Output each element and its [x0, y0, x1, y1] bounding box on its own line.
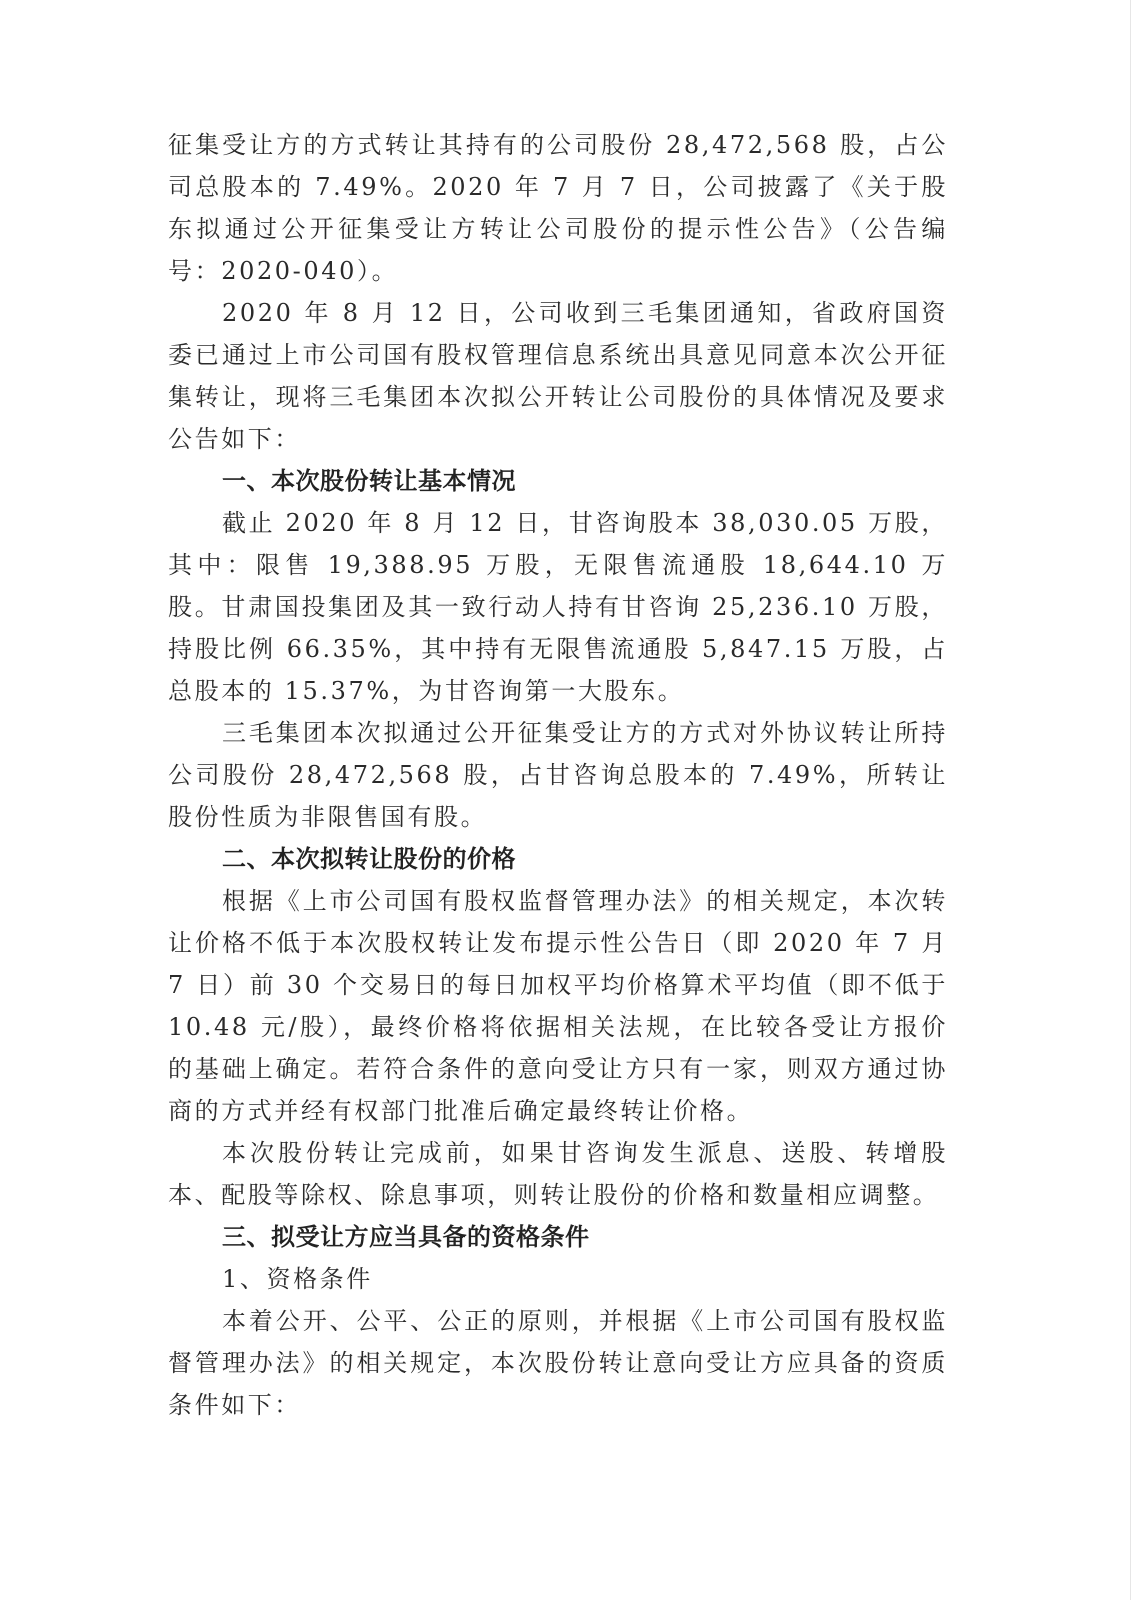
line: 如下：	[221, 1391, 301, 1419]
paragraph-share-capital: 截止 2020 年 8 月 12 日，甘咨询股本 38,030.05 万股，其中…	[168, 502, 948, 712]
line: 配股等除权、除息事项，则转让股份的价格和数量相应调整。	[221, 1181, 939, 1209]
document-body: 征集受让方的方式转让其持有的公司股份 28,472,568 股，占公司总股本的 …	[168, 124, 948, 1426]
subsection-heading-qualifications: 1、资格条件	[168, 1258, 948, 1300]
line: 为非限售国有股。	[274, 803, 487, 831]
section-heading-2: 二、本次拟转让股份的价格	[168, 838, 948, 880]
paragraph-approval-notice: 2020 年 8 月 12 日，公司收到三毛集团通知，省政府国资委已通过上市公司…	[168, 292, 948, 460]
paragraph-qualification-conditions: 本着公开、公平、公正的原则，并根据《上市公司国有股权监督管理办法》的相关规定，本…	[168, 1300, 948, 1426]
paragraph-intro-continued: 征集受让方的方式转让其持有的公司股份 28,472,568 股，占公司总股本的 …	[168, 124, 948, 292]
section-heading-3: 三、拟受让方应当具备的资格条件	[168, 1216, 948, 1258]
line: 现将三毛集团本次拟公开转让公司股份的具体情况及要求公告如下：	[168, 383, 948, 453]
paragraph-price-adjustment: 本次股份转让完成前，如果甘咨询发生派息、送股、转增股本、配股等除权、除息事项，则…	[168, 1132, 948, 1216]
paragraph-transfer-shares: 三毛集团本次拟通过公开征集受让方的方式对外协议转让所持公司股份 28,472,5…	[168, 712, 948, 838]
document-page: 征集受让方的方式转让其持有的公司股份 28,472,568 股，占公司总股本的 …	[0, 0, 1131, 1600]
section-heading-1: 一、本次股份转让基本情况	[168, 460, 948, 502]
paragraph-transfer-price: 根据《上市公司国有股权监督管理办法》的相关规定，本次转让价格不低于本次股权转让发…	[168, 880, 948, 1132]
line: 三毛集团本次拟通过公开征集受让方的方式对外协议转让所持	[222, 719, 948, 747]
line: 大股东。	[578, 677, 684, 705]
line: 部门批准后确定最终转让价格。	[381, 1097, 753, 1125]
